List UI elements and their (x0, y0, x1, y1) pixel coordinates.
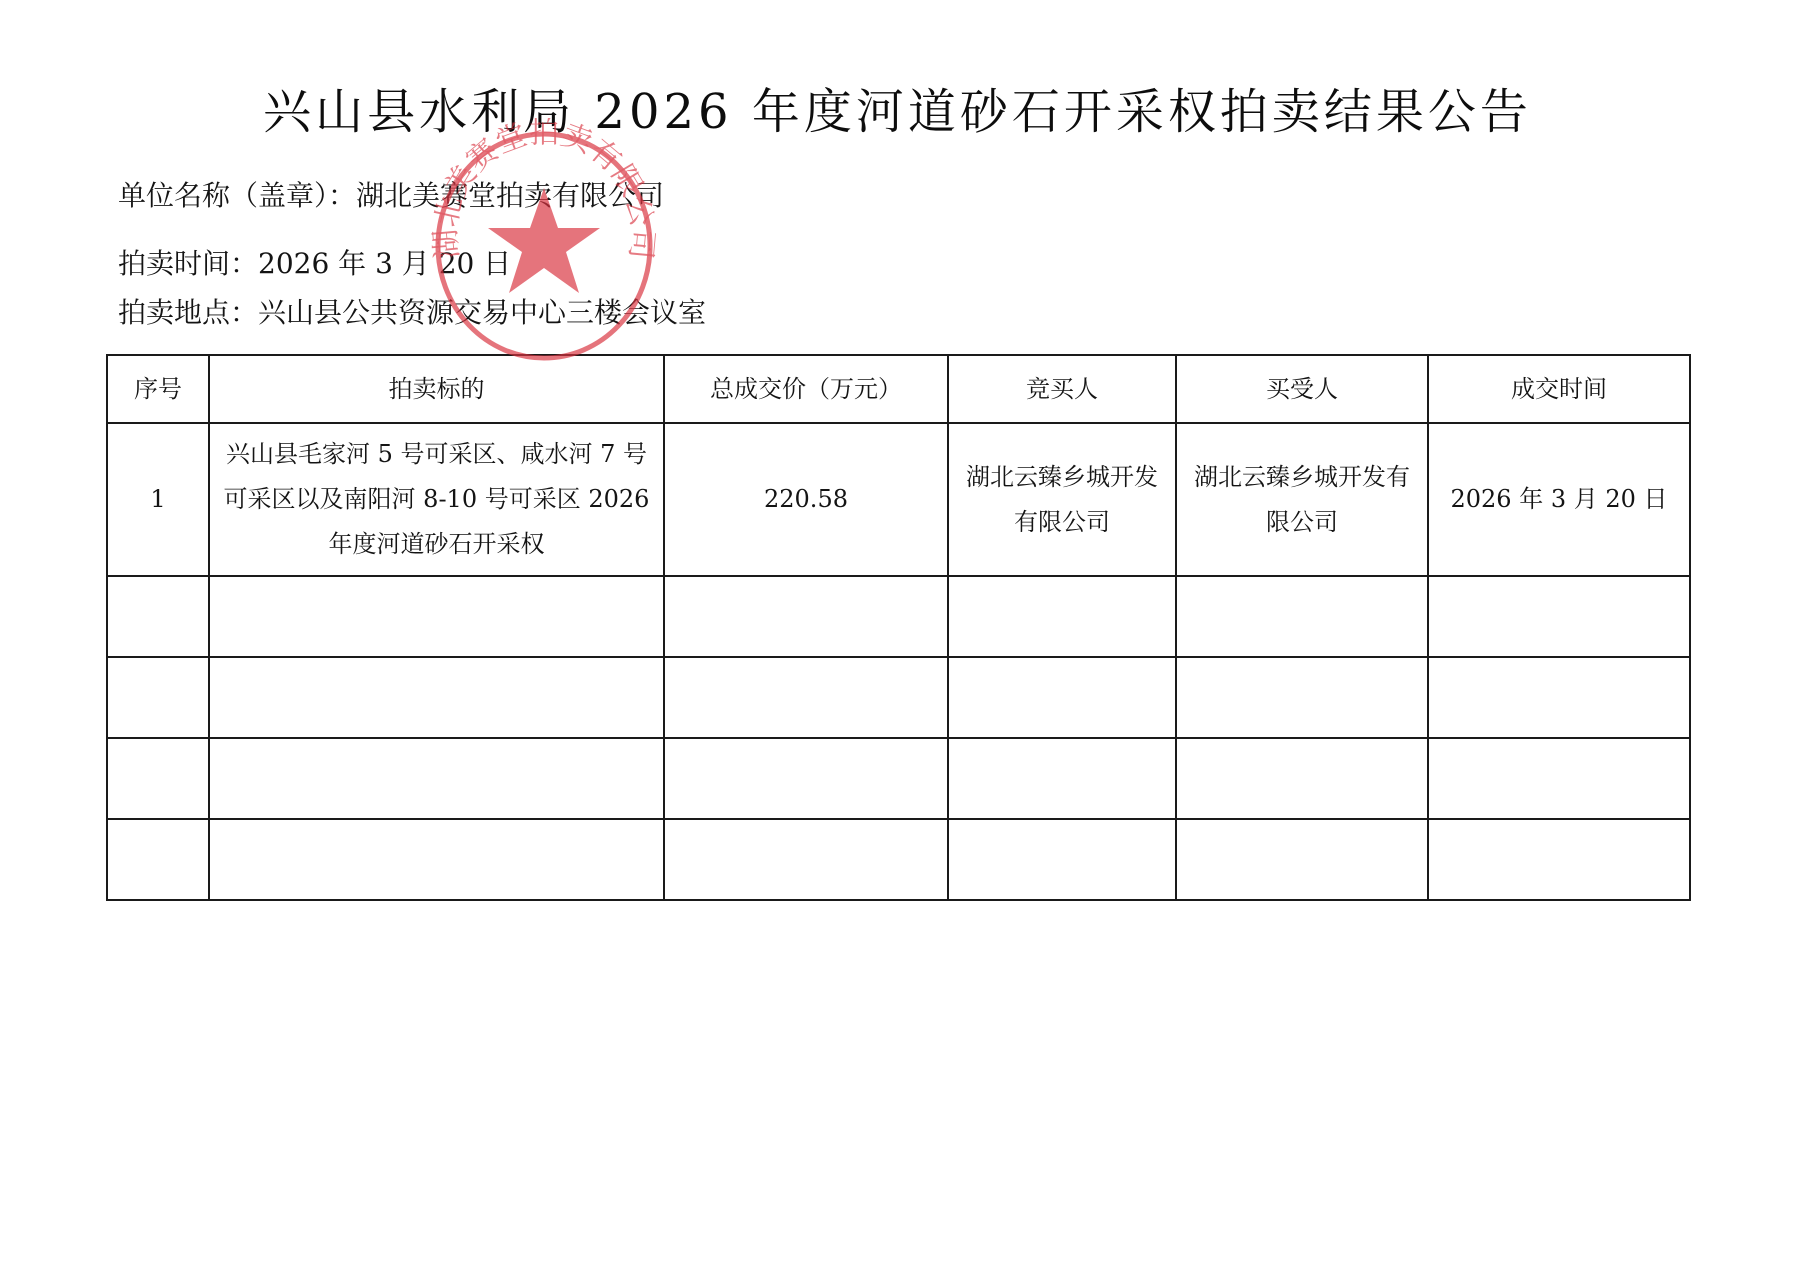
table-row: 1 兴山县毛家河 5 号可采区、咸水河 7 号可采区以及南阳河 8-10 号可采… (107, 423, 1690, 576)
cell-price (664, 576, 948, 657)
table-row (107, 576, 1690, 657)
cell-no: 1 (107, 423, 209, 576)
cell-date (1428, 819, 1690, 900)
auction-place-label: 拍卖地点： (118, 296, 258, 329)
cell-price (664, 738, 948, 819)
header-price: 总成交价（万元） (664, 355, 948, 423)
cell-buyer (1176, 576, 1428, 657)
header-date: 成交时间 (1428, 355, 1690, 423)
cell-bidder: 湖北云臻乡城开发有限公司 (948, 423, 1176, 576)
cell-price (664, 657, 948, 738)
header-subject: 拍卖标的 (209, 355, 664, 423)
cell-buyer (1176, 657, 1428, 738)
cell-subject (209, 819, 664, 900)
unit-name-value: 湖北美赛堂拍卖有限公司 (356, 179, 664, 212)
header-buyer: 买受人 (1176, 355, 1428, 423)
auction-time-line: 拍卖时间：2026 年 3 月 20 日 (118, 246, 511, 282)
auction-time-value: 2026 年 3 月 20 日 (258, 247, 511, 280)
auction-place-line: 拍卖地点：兴山县公共资源交易中心三楼会议室 (118, 295, 706, 331)
cell-bidder (948, 738, 1176, 819)
cell-date (1428, 657, 1690, 738)
table-row (107, 738, 1690, 819)
cell-no (107, 819, 209, 900)
cell-subject (209, 576, 664, 657)
auction-time-label: 拍卖时间： (118, 247, 258, 280)
cell-bidder (948, 657, 1176, 738)
table-row (107, 657, 1690, 738)
cell-no (107, 738, 209, 819)
auction-result-table: 序号 拍卖标的 总成交价（万元） 竞买人 买受人 成交时间 1 兴山县毛家河 5… (106, 354, 1691, 901)
unit-name-line: 单位名称（盖章）：湖北美赛堂拍卖有限公司 (118, 178, 664, 214)
auction-place-value: 兴山县公共资源交易中心三楼会议室 (258, 296, 706, 329)
header-no: 序号 (107, 355, 209, 423)
table-header-row: 序号 拍卖标的 总成交价（万元） 竞买人 买受人 成交时间 (107, 355, 1690, 423)
cell-no (107, 576, 209, 657)
unit-name-label: 单位名称（盖章）： (118, 179, 356, 212)
table-row (107, 819, 1690, 900)
cell-buyer: 湖北云臻乡城开发有限公司 (1176, 423, 1428, 576)
cell-price (664, 819, 948, 900)
cell-date (1428, 576, 1690, 657)
cell-date (1428, 738, 1690, 819)
cell-buyer (1176, 819, 1428, 900)
cell-subject: 兴山县毛家河 5 号可采区、咸水河 7 号可采区以及南阳河 8-10 号可采区 … (209, 423, 664, 576)
cell-bidder (948, 576, 1176, 657)
header-bidder: 竞买人 (948, 355, 1176, 423)
page-title: 兴山县水利局 2026 年度河道砂石开采权拍卖结果公告 (0, 82, 1795, 142)
cell-date: 2026 年 3 月 20 日 (1428, 423, 1690, 576)
cell-subject (209, 657, 664, 738)
cell-price: 220.58 (664, 423, 948, 576)
cell-buyer (1176, 738, 1428, 819)
cell-bidder (948, 819, 1176, 900)
cell-subject (209, 738, 664, 819)
cell-no (107, 657, 209, 738)
